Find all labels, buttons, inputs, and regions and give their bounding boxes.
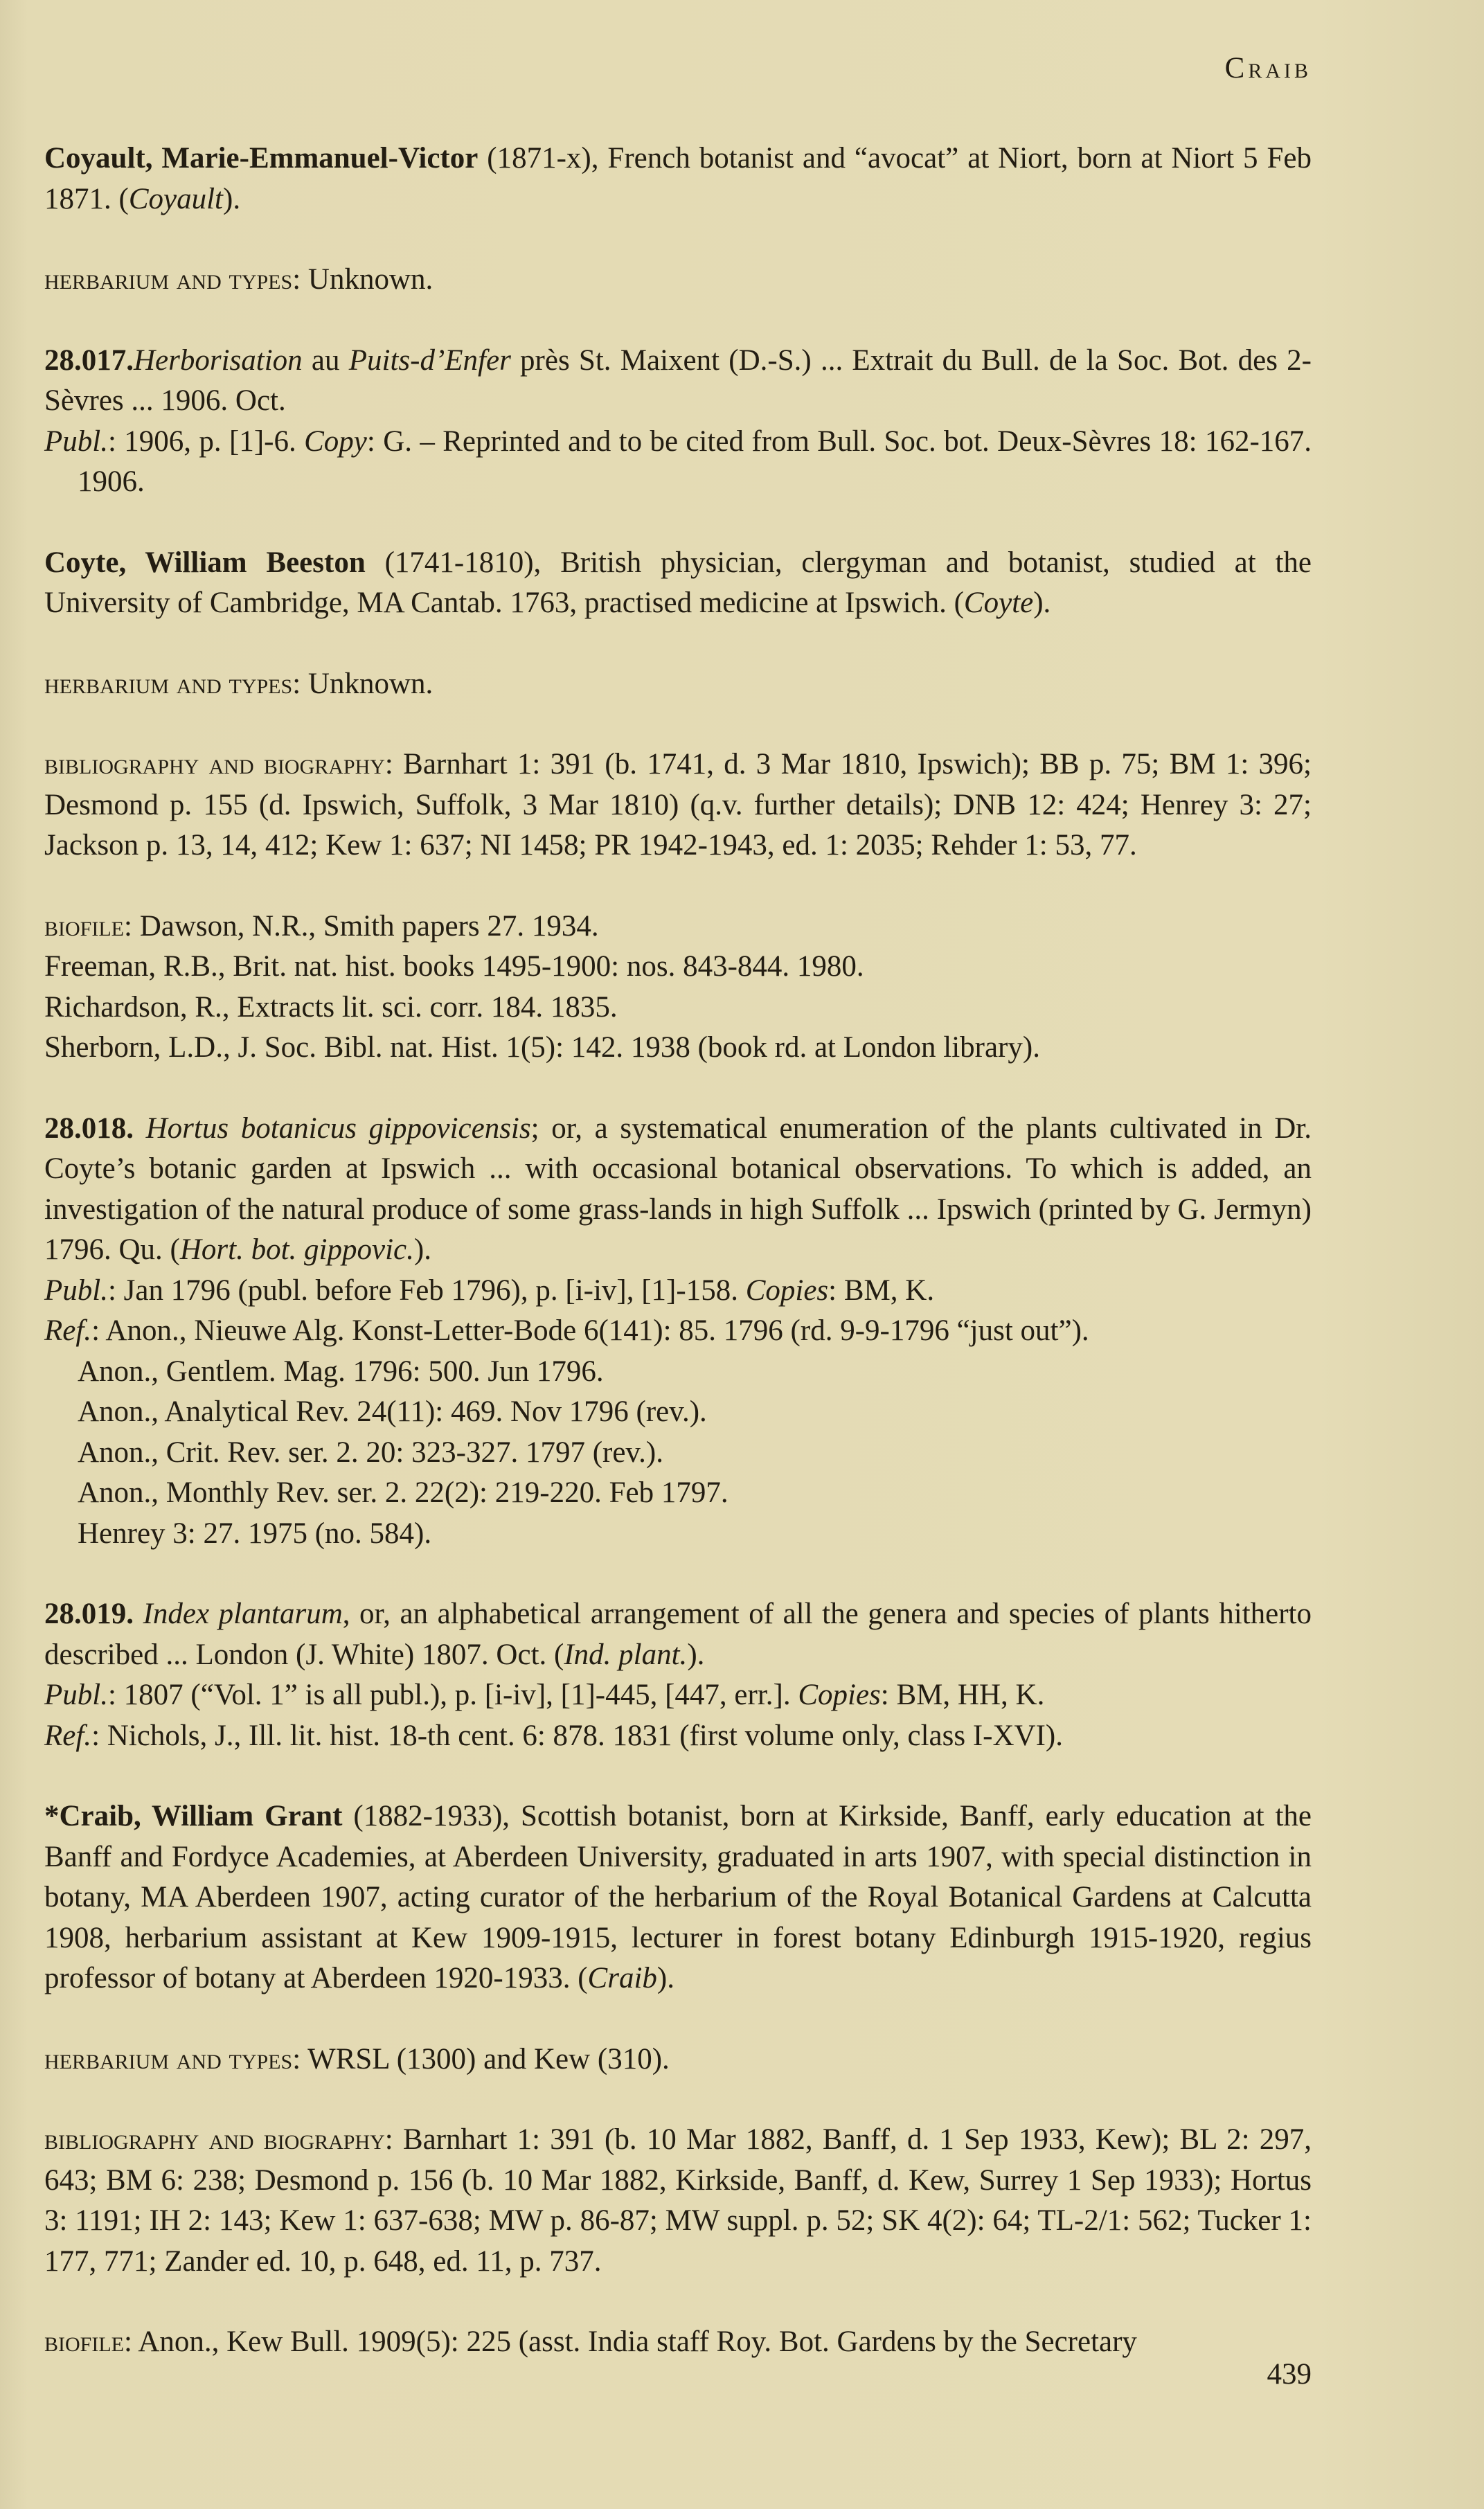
work-title: Herborisation: [134, 344, 303, 377]
author-name: Coyault, Marie-Emmanuel-Victor: [44, 142, 478, 175]
abbrev-end: ).: [687, 1639, 704, 1671]
author-abbrev: Coyte: [964, 587, 1033, 619]
work-number: 28.017.: [44, 344, 134, 377]
ref-text: : Anon., Nieuwe Alg. Konst-Letter-Bode 6…: [91, 1314, 1089, 1347]
herbarium-text: Unknown.: [301, 668, 433, 700]
bio-end: ).: [1033, 587, 1051, 619]
publ-text: : 1807 (“Vol. 1” is all publ.), p. [i-iv…: [108, 1679, 798, 1711]
bio-end: ).: [657, 1962, 674, 1994]
herbarium-label: herbarium and types:: [44, 668, 301, 700]
work-number: 28.019.: [44, 1598, 134, 1630]
ref-item: Henrey 3: 27. 1975 (no. 584).: [44, 1514, 1312, 1555]
work-title: Index plantarum: [143, 1598, 343, 1630]
publ-28-019: Publ.: 1807 (“Vol. 1” is all publ.), p. …: [44, 1675, 1312, 1716]
biofile-text: Anon., Kew Bull. 1909(5): 225 (asst. Ind…: [132, 2325, 1137, 2358]
page-number: 439: [1267, 2355, 1312, 2395]
ref-text: : Nichols, J., Ill. lit. hist. 18-th cen…: [91, 1720, 1063, 1752]
biofile-item: Sherborn, L.D., J. Soc. Bibl. nat. Hist.…: [44, 1028, 1312, 1069]
bibliography-label: bibliography and biography:: [44, 2123, 393, 2156]
author-abbrev: Craib: [588, 1962, 657, 1994]
abbrev-end: ).: [414, 1233, 431, 1266]
work-28-019: 28.019. Index plantarum, or, an alphabet…: [44, 1594, 1312, 1675]
copies-text: : BM, HH, K.: [881, 1679, 1045, 1711]
biofile-craib: biofile: Anon., Kew Bull. 1909(5): 225 (…: [44, 2322, 1312, 2363]
entry-coyte: Coyte, William Beeston (1741-1810), Brit…: [44, 543, 1312, 624]
herbarium-text: Unknown.: [301, 263, 433, 296]
publ-label: Publ.: [44, 1274, 108, 1307]
ref-28-018: Ref.: Anon., Nieuwe Alg. Konst-Letter-Bo…: [44, 1311, 1312, 1352]
author-name: Coyte, William Beeston: [44, 546, 366, 579]
biofile-coyte: biofile: Dawson, N.R., Smith papers 27. …: [44, 907, 1312, 947]
copies-label: Copies: [746, 1274, 828, 1307]
ref-label: Ref.: [44, 1720, 91, 1752]
copies-label: Copies: [798, 1679, 880, 1711]
biofile-label: biofile:: [44, 910, 132, 943]
book-page: Craib Coyault, Marie-Emmanuel-Victor (18…: [44, 0, 1312, 2363]
bibliography-craib: bibliography and biography: Barnhart 1: …: [44, 2120, 1312, 2282]
entry-craib: *Craib, William Grant (1882-1933), Scott…: [44, 1796, 1312, 1999]
herbarium-coyte: herbarium and types: Unknown.: [44, 664, 1312, 705]
work-title: Hortus botanicus gippovicensis: [146, 1112, 531, 1145]
copies-text: : BM, K.: [828, 1274, 934, 1307]
ref-28-019: Ref.: Nichols, J., Ill. lit. hist. 18-th…: [44, 1716, 1312, 1757]
herbarium-coyault: herbarium and types: Unknown.: [44, 260, 1312, 301]
work-28-018: 28.018. Hortus botanicus gippovicensis; …: [44, 1109, 1312, 1271]
herbarium-text: WRSL (1300) and Kew (310).: [301, 2043, 670, 2075]
author-name: *Craib, William Grant: [44, 1800, 342, 1832]
herbarium-craib: herbarium and types: WRSL (1300) and Kew…: [44, 2039, 1312, 2080]
ref-item: Anon., Crit. Rev. ser. 2. 20: 323-327. 1…: [44, 1433, 1312, 1474]
bibliography-label: bibliography and biography:: [44, 748, 393, 780]
ref-label: Ref.: [44, 1314, 91, 1347]
publ-label: Publ.: [44, 1679, 108, 1711]
publ-text: : 1906, p. [1]-6.: [108, 425, 304, 458]
bio-end: ).: [223, 183, 240, 215]
herbarium-label: herbarium and types:: [44, 263, 301, 296]
author-abbrev: Coyault: [129, 183, 223, 215]
work-abbrev: Hort. bot. gippovic.: [180, 1233, 414, 1266]
publ-28-017: Publ.: 1906, p. [1]-6. Copy: G. – Reprin…: [44, 422, 1312, 503]
work-title-text: au: [303, 344, 349, 377]
work-28-017: 28.017.Herborisation au Puits-d’Enfer pr…: [44, 341, 1312, 422]
publ-text: : Jan 1796 (publ. before Feb 1796), p. […: [108, 1274, 746, 1307]
work-title-italic: Puits-d’Enfer: [349, 344, 511, 377]
biofile-item: Freeman, R.B., Brit. nat. hist. books 14…: [44, 947, 1312, 988]
biofile-label: biofile:: [44, 2325, 132, 2358]
entry-coyault: Coyault, Marie-Emmanuel-Victor (1871-x),…: [44, 139, 1312, 220]
work-number: 28.018.: [44, 1112, 134, 1145]
biofile-item: Dawson, N.R., Smith papers 27. 1934.: [132, 910, 599, 943]
bibliography-coyte: bibliography and biography: Barnhart 1: …: [44, 744, 1312, 866]
herbarium-label: herbarium and types:: [44, 2043, 301, 2075]
publ-28-018: Publ.: Jan 1796 (publ. before Feb 1796),…: [44, 1271, 1312, 1312]
ref-item: Anon., Analytical Rev. 24(11): 469. Nov …: [44, 1392, 1312, 1433]
biofile-item: Richardson, R., Extracts lit. sci. corr.…: [44, 988, 1312, 1028]
ref-item: Anon., Monthly Rev. ser. 2. 22(2): 219-2…: [44, 1473, 1312, 1514]
work-abbrev: Ind. plant.: [564, 1639, 687, 1671]
running-head: Craib: [1225, 48, 1312, 89]
ref-item: Anon., Gentlem. Mag. 1796: 500. Jun 1796…: [44, 1352, 1312, 1393]
copy-label: Copy: [304, 425, 367, 458]
publ-label: Publ.: [44, 425, 108, 458]
